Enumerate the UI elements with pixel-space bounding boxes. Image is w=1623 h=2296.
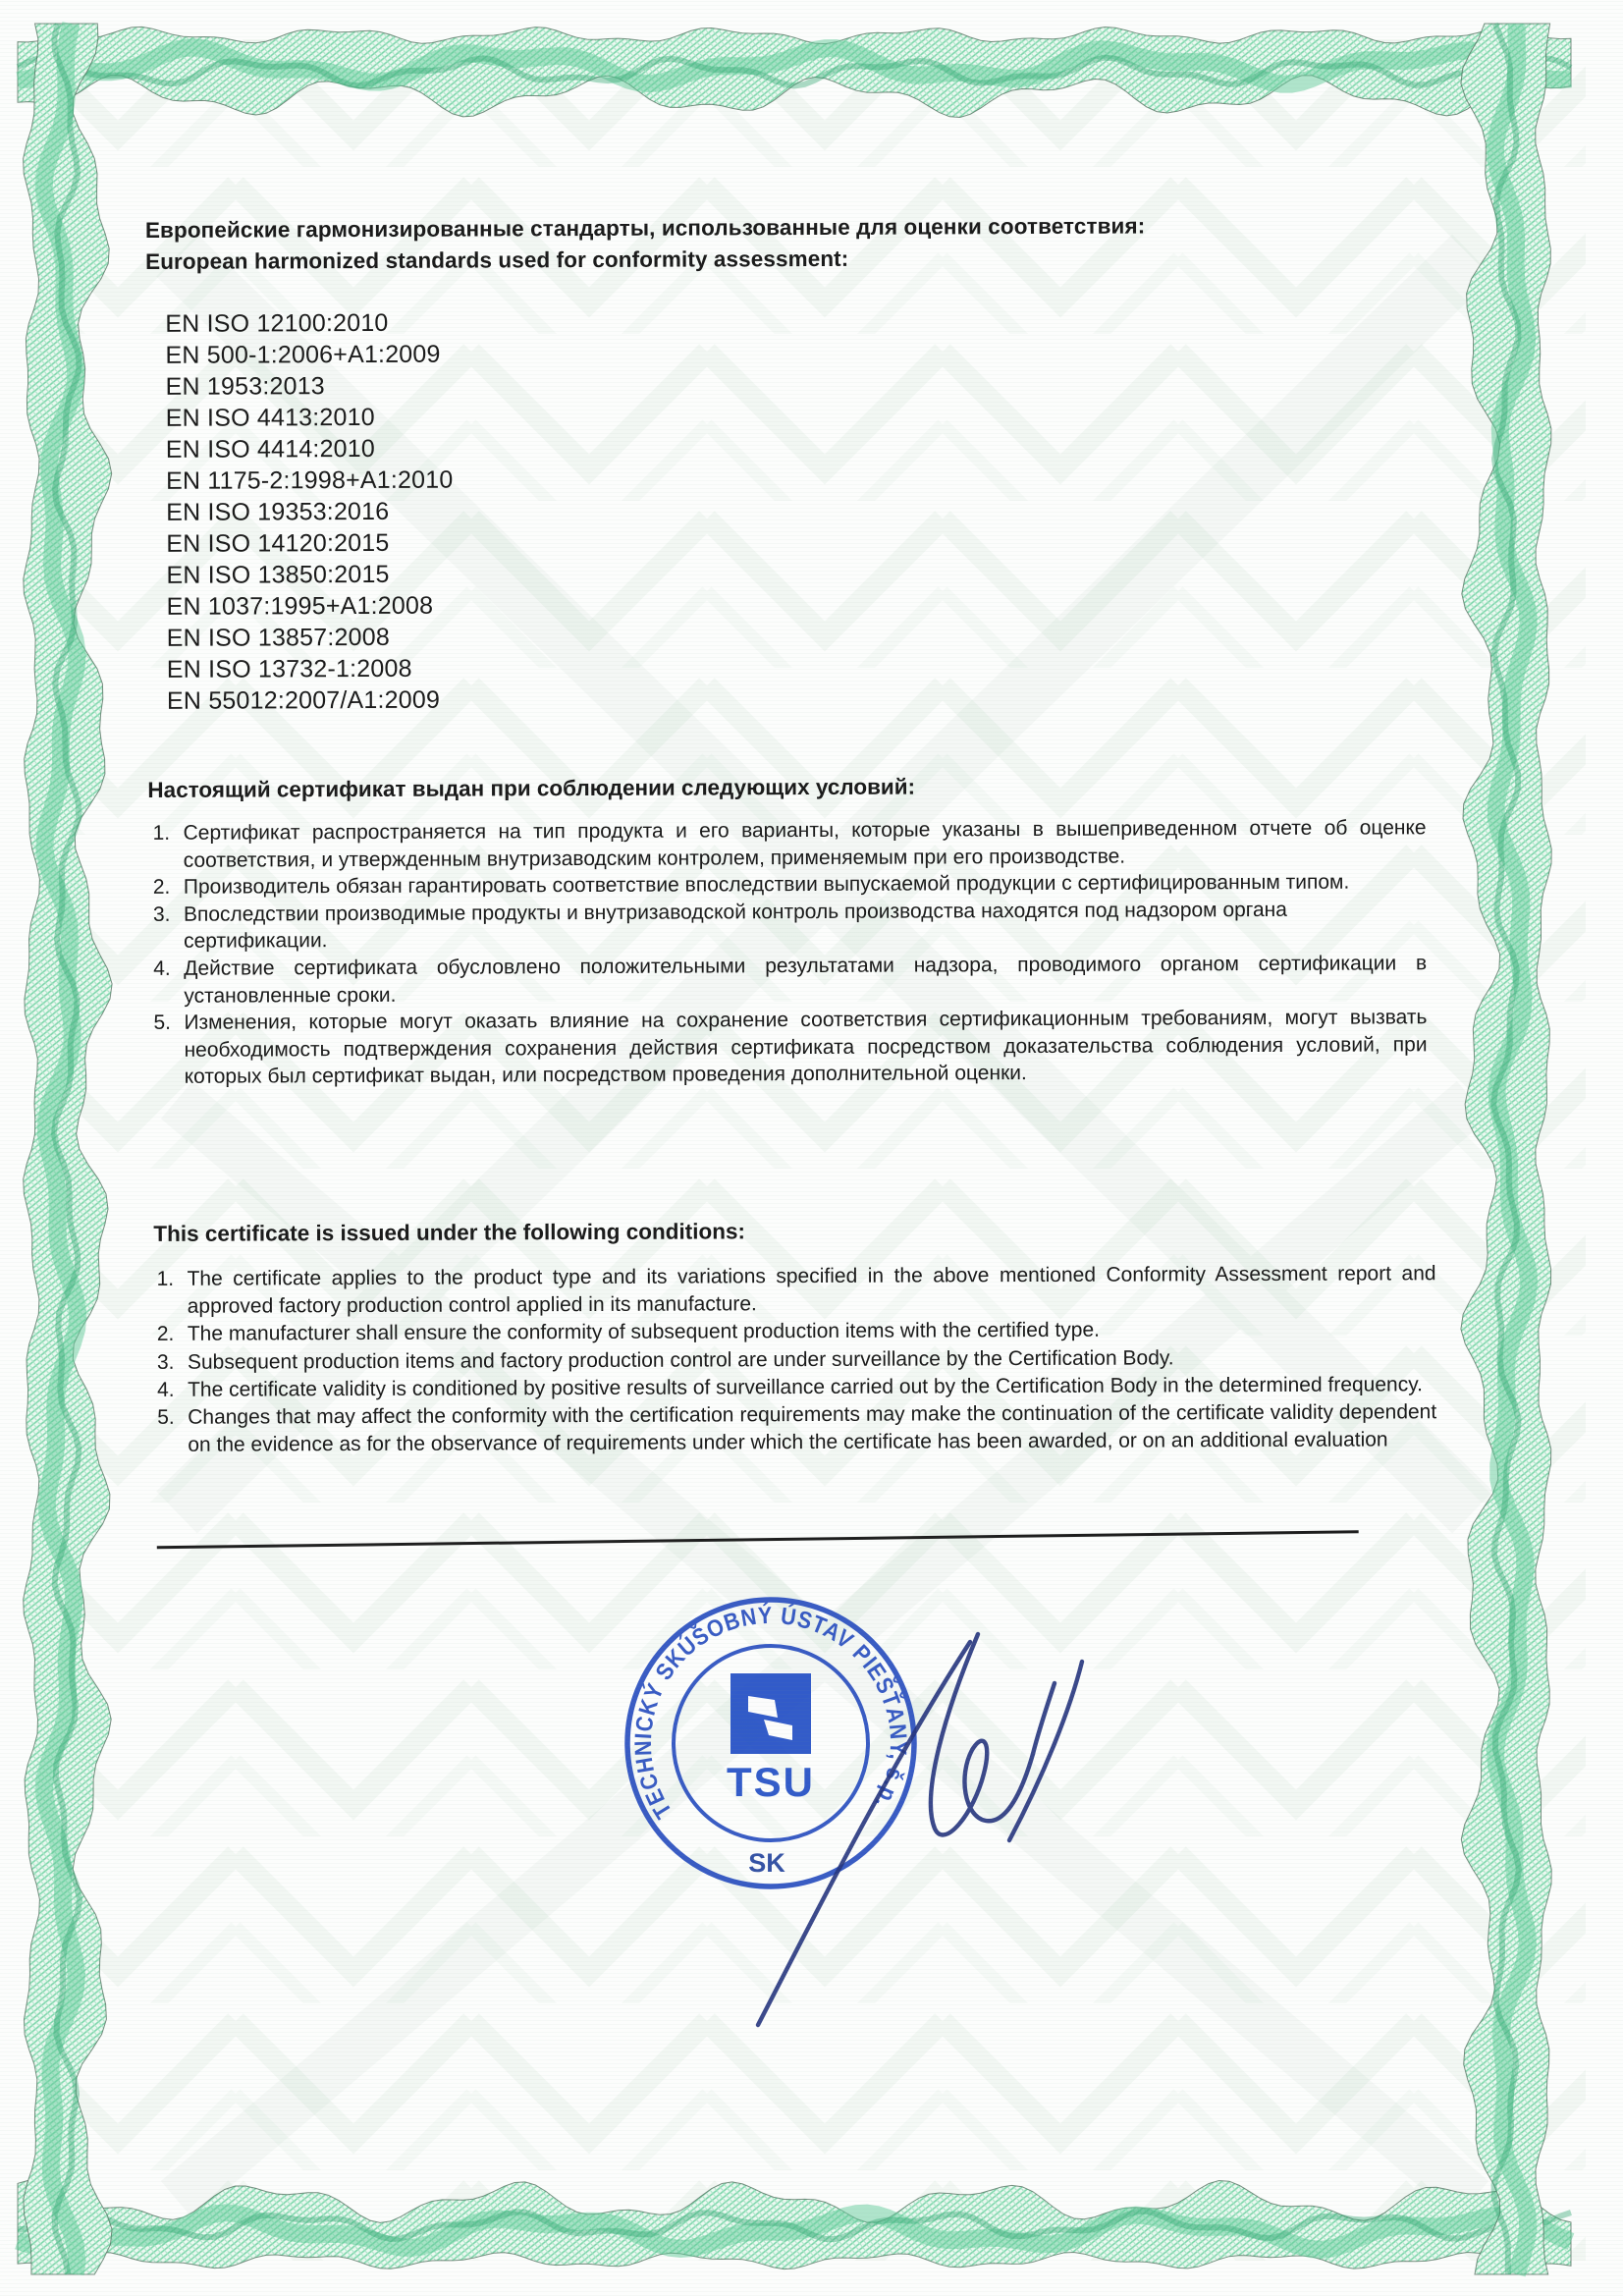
- standard-item: EN 500-1:2006+A1:2009: [165, 339, 453, 371]
- standard-item: EN 1037:1995+A1:2008: [167, 590, 455, 623]
- standards-heading-en: European harmonized standards used for c…: [145, 243, 1145, 278]
- standard-item: EN ISO 13857:2008: [167, 622, 455, 654]
- list-item: 5. Changes that may affect the conformit…: [154, 1398, 1436, 1459]
- separator-line: [157, 1530, 1359, 1549]
- conditions-heading-ru: Настоящий сертификат выдан при соблюдени…: [147, 774, 915, 804]
- item-number: 2.: [153, 874, 171, 902]
- item-number: 2.: [157, 1321, 175, 1348]
- standard-item: EN 55012:2007/A1:2009: [167, 684, 455, 717]
- item-text: The certificate validity is conditioned …: [188, 1373, 1423, 1400]
- item-text: Subsequent production items and factory …: [188, 1346, 1174, 1373]
- item-text: Действие сертификата обусловлено положит…: [184, 952, 1427, 1007]
- conditions-heading-en: This certificate is issued under the fol…: [153, 1218, 745, 1248]
- item-number: 1.: [157, 1266, 175, 1293]
- standard-item: EN ISO 13850:2015: [166, 559, 454, 591]
- standard-item: EN ISO 4413:2010: [166, 402, 454, 434]
- list-item: 1. Сертификат распространяется на тип пр…: [150, 814, 1427, 874]
- item-number: 4.: [157, 1377, 175, 1404]
- item-number: 5.: [153, 1010, 171, 1037]
- certificate-content: Европейские гармонизированные стандарты,…: [0, 0, 1623, 2296]
- item-text: Впоследствии производимые продукты и вну…: [184, 899, 1287, 953]
- standard-item: EN 1953:2013: [166, 370, 454, 403]
- item-text: The manufacturer shall ensure the confor…: [188, 1319, 1100, 1345]
- standards-list: EN ISO 12100:2010 EN 500-1:2006+A1:2009 …: [165, 307, 454, 717]
- item-text: Сертификат распространяется на тип проду…: [184, 816, 1427, 871]
- item-number: 4.: [153, 956, 171, 983]
- list-item: 3. Впоследствии производимые продукты и …: [150, 896, 1427, 956]
- item-number: 3.: [153, 902, 171, 929]
- standard-item: EN ISO 14120:2015: [166, 527, 454, 560]
- item-text: Изменения, которые могут оказать влияние…: [184, 1006, 1427, 1088]
- standard-item: EN ISO 13732-1:2008: [167, 653, 455, 685]
- list-item: 5. Изменения, которые могут оказать влия…: [150, 1004, 1427, 1090]
- certificate-page: Европейские гармонизированные стандарты,…: [0, 0, 1623, 2296]
- item-number: 1.: [153, 820, 171, 847]
- item-text: The certificate applies to the product t…: [188, 1262, 1436, 1318]
- conditions-list-ru: 1. Сертификат распространяется на тип пр…: [150, 814, 1428, 1091]
- item-number: 5.: [157, 1404, 175, 1432]
- conditions-list-en: 1. The certificate applies to the produc…: [154, 1260, 1437, 1459]
- standards-headings: Европейские гармонизированные стандарты,…: [145, 211, 1146, 278]
- standard-item: EN ISO 19353:2016: [166, 496, 454, 528]
- standard-item: EN ISO 12100:2010: [165, 307, 453, 340]
- item-number: 3.: [157, 1348, 175, 1376]
- list-item: 1. The certificate applies to the produc…: [154, 1260, 1436, 1321]
- item-text: Производитель обязан гарантировать соотв…: [184, 871, 1350, 899]
- standard-item: EN 1175-2:1998+A1:2010: [166, 465, 454, 497]
- standard-item: EN ISO 4414:2010: [166, 433, 454, 465]
- list-item: 4. Действие сертификата обусловлено поло…: [150, 950, 1427, 1010]
- item-text: Changes that may affect the conformity w…: [188, 1400, 1436, 1456]
- standards-heading-ru: Европейские гармонизированные стандарты,…: [145, 211, 1145, 246]
